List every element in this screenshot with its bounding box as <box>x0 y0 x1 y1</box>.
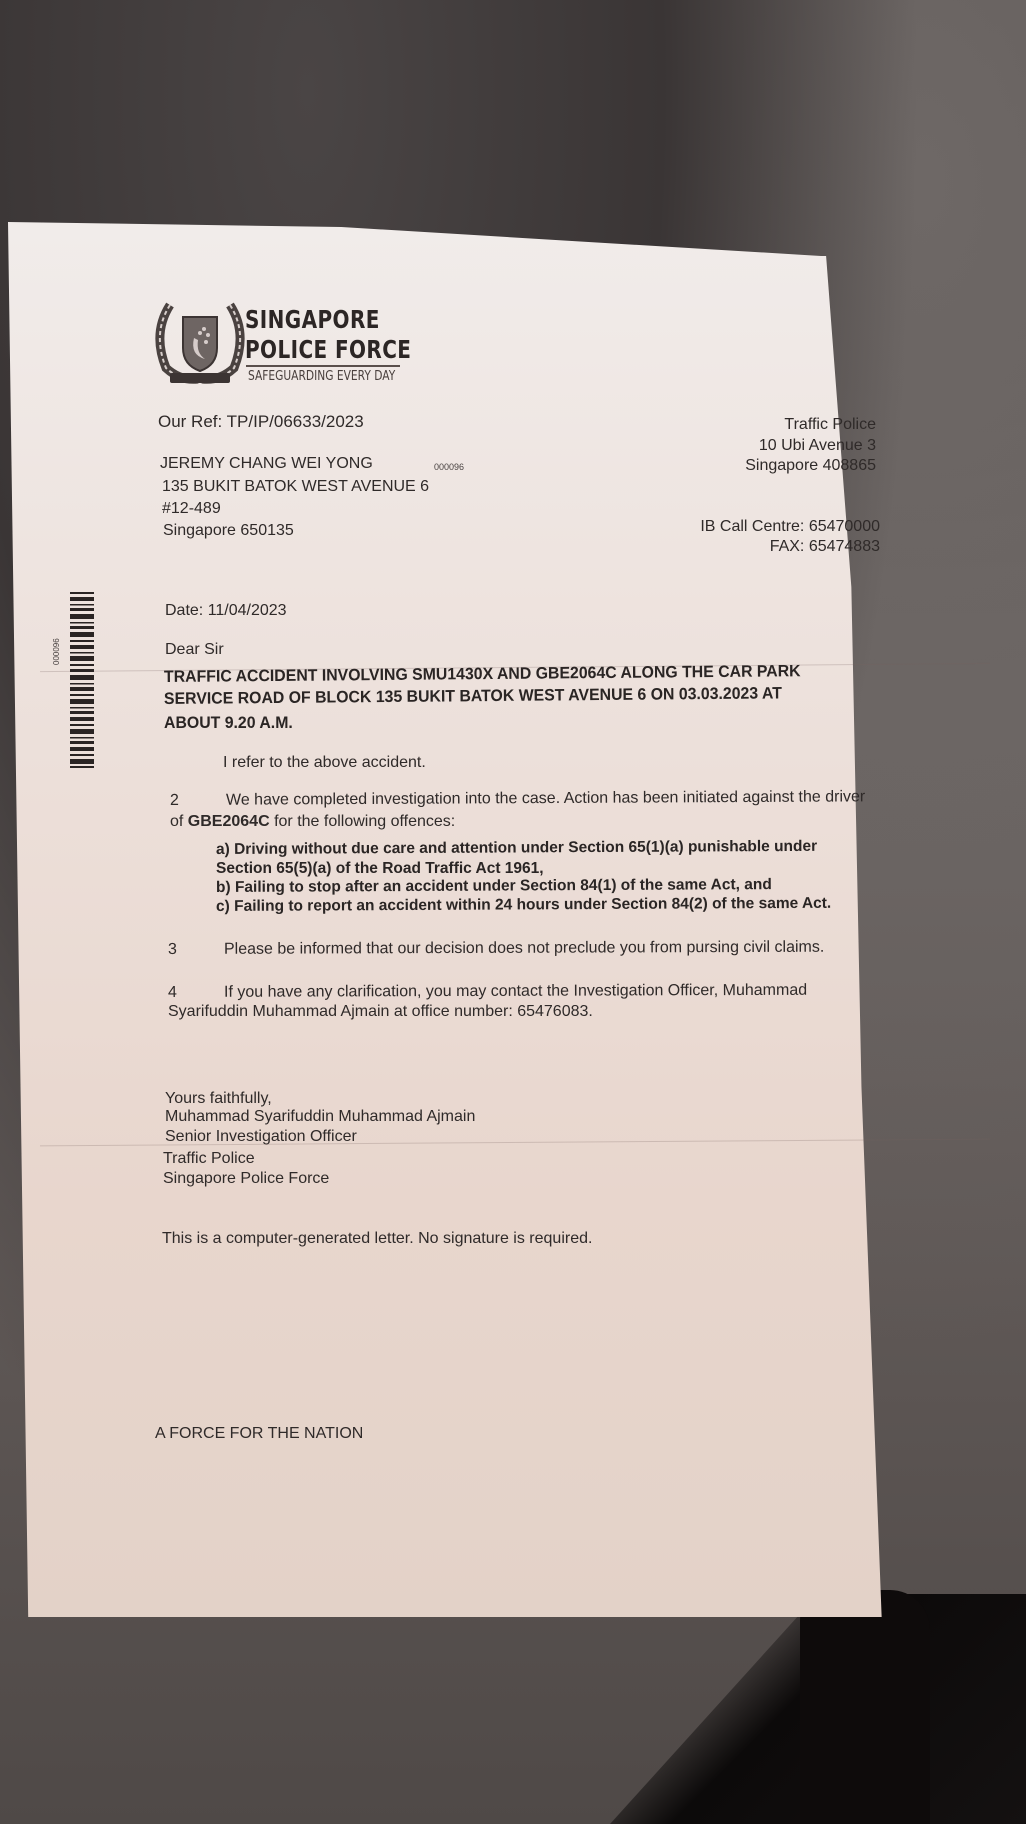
background-shadow <box>800 1590 930 1824</box>
recipient-address-line1: 135 BUKIT BATOK WEST AVENUE 6 <box>162 478 429 496</box>
computer-generated-notice: This is a computer-generated letter. No … <box>162 1230 592 1248</box>
police-crest-icon <box>150 293 250 388</box>
sender-dept: Traffic Police <box>784 416 876 434</box>
officer-title: Senior Investigation Officer <box>165 1128 357 1146</box>
paragraph-3-text: Please be informed that our decision doe… <box>224 939 824 958</box>
paragraph-4-line1: 4If you have any clarification, you may … <box>168 982 807 1002</box>
offence-b: b) Failing to stop after an accident und… <box>216 876 772 897</box>
paragraph-4-text: If you have any clarification, you may c… <box>224 982 807 1001</box>
sender-address-line1: 10 Ubi Avenue 3 <box>759 437 876 455</box>
call-centre-number: IB Call Centre: 65470000 <box>700 518 880 536</box>
sender-address-line2: Singapore 408865 <box>745 457 876 475</box>
paragraph-4-line2: Syarifuddin Muhammad Ajmain at office nu… <box>168 1003 593 1021</box>
salutation: Dear Sir <box>165 641 224 659</box>
offence-a-line2: Section 65(5)(a) of the Road Traffic Act… <box>216 860 544 878</box>
brand-divider <box>246 365 400 367</box>
letter-date: Date: 11/04/2023 <box>165 602 287 620</box>
paragraph-2-line2: of GBE2064C for the following offences: <box>170 813 455 831</box>
closing-org: Singapore Police Force <box>163 1170 329 1188</box>
paragraph-2-prefix: of <box>170 813 188 830</box>
recipient-address-line3: Singapore 650135 <box>163 522 294 540</box>
recipient-address-line2: #12-489 <box>162 500 221 518</box>
paragraph-number: 3 <box>168 941 224 959</box>
recipient-code: 000096 <box>434 462 464 472</box>
subject-line3: ABOUT 9.20 A.M. <box>164 714 293 733</box>
fax-number: FAX: 65474883 <box>770 538 880 556</box>
closing-dept: Traffic Police <box>163 1150 255 1168</box>
org-name-line2: POLICE FORCE <box>245 335 411 364</box>
paragraph-number: 4 <box>168 984 224 1002</box>
valediction: Yours faithfully, <box>165 1090 272 1108</box>
paragraph-2-suffix: for the following offences: <box>270 813 456 830</box>
recipient-name: JEREMY CHANG WEI YONG <box>160 455 373 473</box>
paragraph-2-text: We have completed investigation into the… <box>226 788 865 808</box>
paragraph-2-line1: 2We have completed investigation into th… <box>170 788 865 810</box>
reference-number: Our Ref: TP/IP/06633/2023 <box>158 412 364 432</box>
footer-motto: A FORCE FOR THE NATION <box>155 1425 363 1443</box>
org-name-line1: SINGAPORE <box>245 305 380 334</box>
paragraph-number: 2 <box>170 792 226 810</box>
offence-c: c) Failing to report an accident within … <box>216 895 831 916</box>
barcode-icon <box>70 590 94 770</box>
offence-a-line1: a) Driving without due care and attentio… <box>216 838 817 859</box>
paragraph-3: 3Please be informed that our decision do… <box>168 939 824 959</box>
officer-name: Muhammad Syarifuddin Muhammad Ajmain <box>165 1108 475 1126</box>
barcode-label: 000096 <box>52 638 61 665</box>
paragraph-1: I refer to the above accident. <box>223 754 426 772</box>
org-tagline: SAFEGUARDING EVERY DAY <box>248 369 395 384</box>
offender-vehicle: GBE2064C <box>188 813 270 830</box>
